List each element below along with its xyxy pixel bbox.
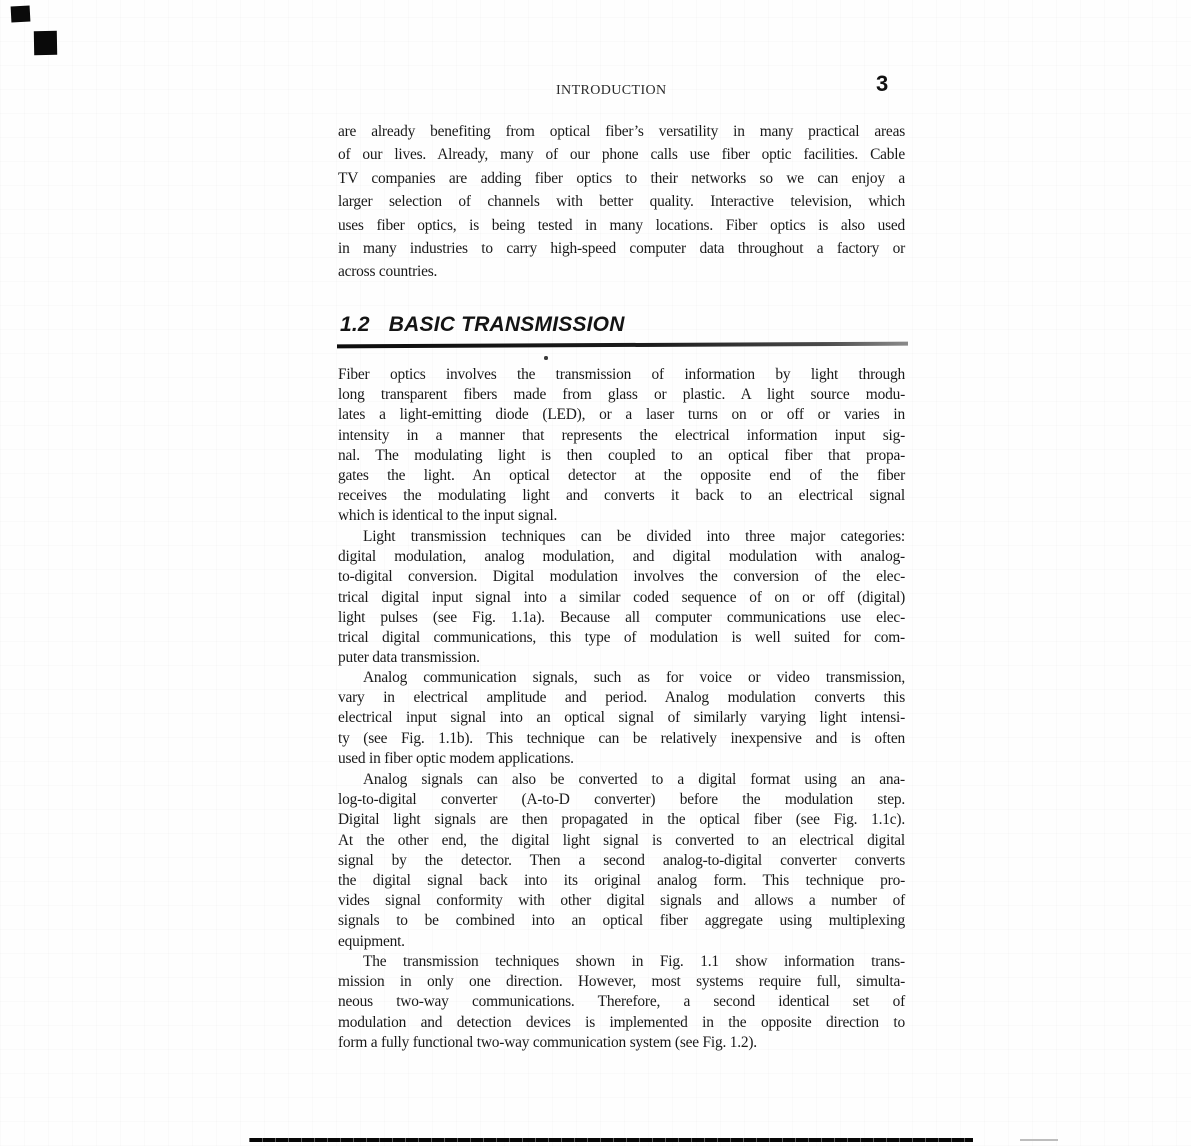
scan-edge-fragment xyxy=(1020,1139,1058,1141)
text-line: At the other end, the digital light sign… xyxy=(338,831,905,851)
text-line: log-to-digital converter (A-to-D convert… xyxy=(338,790,905,810)
text-line: signal by the detector. Then a second an… xyxy=(338,851,905,871)
text-line: the digital signal back into its origina… xyxy=(338,871,905,891)
text-line: are already benefiting from optical fibe… xyxy=(338,120,905,143)
text-line: Digital light signals are then propagate… xyxy=(338,810,905,830)
text-line: which is identical to the input signal. xyxy=(338,506,905,526)
text-line: form a fully functional two-way communic… xyxy=(338,1033,905,1053)
text-line: vary in electrical amplitude and period.… xyxy=(338,688,905,708)
text-line: Analog communication signals, such as fo… xyxy=(338,668,905,688)
text-line: of our lives. Already, many of our phone… xyxy=(338,143,905,166)
text-line: across countries. xyxy=(338,260,905,283)
page-bottom-scan-edge xyxy=(249,1138,973,1142)
scan-artifact-mark xyxy=(34,31,57,55)
paragraph: Fiber optics involves the transmission o… xyxy=(338,365,905,527)
scanned-book-page: INTRODUCTION 3 1.2 BASIC TRANSMISSION ar… xyxy=(0,0,1191,1146)
paragraph: Analog signals can also be converted to … xyxy=(338,770,905,952)
text-line: to-digital conversion. Digital modulatio… xyxy=(338,567,905,587)
text-line: long transparent fibers made from glass … xyxy=(338,385,905,405)
section-title: BASIC TRANSMISSION xyxy=(389,313,625,337)
text-line: uses fiber optics, is being tested in ma… xyxy=(338,214,905,237)
text-line: ty (see Fig. 1.1b). This technique can b… xyxy=(338,729,905,749)
text-line: gates the light. An optical detector at … xyxy=(338,466,905,486)
running-header-title: INTRODUCTION xyxy=(556,83,667,99)
scan-artifact-mark xyxy=(11,6,31,23)
page-number: 3 xyxy=(876,71,888,97)
text-line: The transmission techniques shown in Fig… xyxy=(338,952,905,972)
paragraph: The transmission techniques shown in Fig… xyxy=(338,952,905,1053)
text-line: signals to be combined into an optical f… xyxy=(338,911,905,931)
text-line: modulation and detection devices is impl… xyxy=(338,1013,905,1033)
paragraph: are already benefiting from optical fibe… xyxy=(338,120,905,284)
text-line: mission in only one direction. However, … xyxy=(338,972,905,992)
text-line: light pulses (see Fig. 1.1a). Because al… xyxy=(338,608,905,628)
text-line: trical digital input signal into a simil… xyxy=(338,588,905,608)
text-line: Analog signals can also be converted to … xyxy=(338,770,905,790)
text-line: used in fiber optic modem applications. xyxy=(338,749,905,769)
text-line: nal. The modulating light is then couple… xyxy=(338,446,905,466)
text-line: puter data transmission. xyxy=(338,648,905,668)
text-line: electrical input signal into an optical … xyxy=(338,708,905,728)
text-line: trical digital communications, this type… xyxy=(338,628,905,648)
section-number: 1.2 xyxy=(340,313,370,337)
paragraph: Light transmission techniques can be div… xyxy=(338,527,905,668)
text-line: receives the modulating light and conver… xyxy=(338,486,905,506)
text-line: equipment. xyxy=(338,932,905,952)
scan-speck xyxy=(544,356,548,360)
text-line: vides signal conformity with other digit… xyxy=(338,891,905,911)
text-line: intensity in a manner that represents th… xyxy=(338,426,905,446)
text-line: in many industries to carry high-speed c… xyxy=(338,237,905,260)
text-line: Fiber optics involves the transmission o… xyxy=(338,365,905,385)
paragraph: Analog communication signals, such as fo… xyxy=(338,668,905,769)
text-line: lates a light-emitting diode (LED), or a… xyxy=(338,405,905,425)
section-heading: 1.2 BASIC TRANSMISSION xyxy=(340,313,625,337)
section-heading-rule xyxy=(337,342,908,348)
text-line: digital modulation, analog modulation, a… xyxy=(338,547,905,567)
text-line: larger selection of channels with better… xyxy=(338,190,905,213)
text-line: TV companies are adding fiber optics to … xyxy=(338,167,905,190)
text-line: neous two-way communications. Therefore,… xyxy=(338,992,905,1012)
text-line: Light transmission techniques can be div… xyxy=(338,527,905,547)
